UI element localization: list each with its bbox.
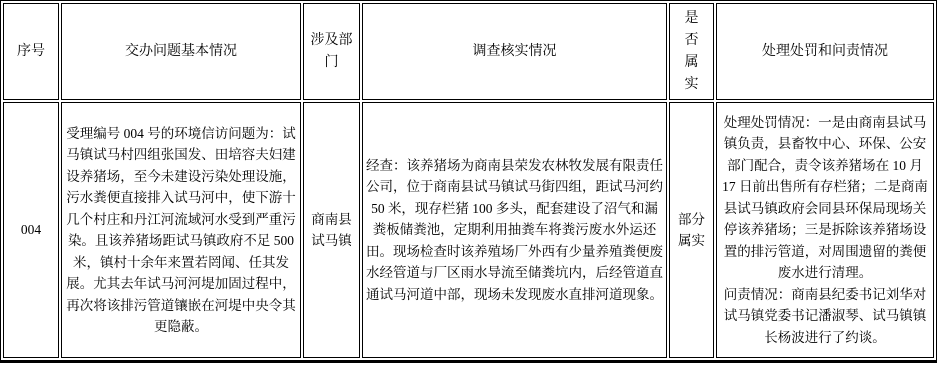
- header-verification: 调查核实情况: [362, 3, 667, 100]
- cell-istrue: 部分 属实: [669, 102, 714, 358]
- header-problem-label: 交办问题基本情况: [125, 44, 237, 59]
- punishment-paragraph: 处理处罚情况：一是由商南县试马镇负责，县畜牧中心、环保、公安部门配合，责令该养猪…: [719, 112, 931, 284]
- serial-number: 004: [21, 222, 41, 237]
- header-handling-label: 处理处罚和问责情况: [762, 44, 888, 59]
- accountability-paragraph: 问责情况：商南县纪委书记刘华对试马镇党委书记潘淑琴、试马镇镇长杨波进行了约谈。: [719, 284, 931, 349]
- header-istrue-line1: 是 否: [672, 8, 711, 52]
- table-row: 004 受理编号 004 号的环境信访问题为：试马镇试马村四组张国发、田培容夫妇…: [3, 102, 934, 358]
- cell-departments: 商南县试马镇: [303, 102, 360, 358]
- header-row: 序号 交办问题基本情况 涉及部门 调查核实情况 是 否 属 实: [3, 3, 934, 100]
- problem-paragraph: 受理编号 004 号的环境信访问题为：试马镇试马村四组张国发、田培容夫妇建设养猪…: [64, 123, 298, 338]
- istrue-line2: 属实: [672, 230, 711, 252]
- complaint-handling-table: 序号 交办问题基本情况 涉及部门 调查核实情况 是 否 属 实: [1, 1, 936, 360]
- header-departments-label: 涉及部门: [311, 33, 353, 70]
- cell-serial: 004: [3, 102, 59, 358]
- complaint-table-frame: 序号 交办问题基本情况 涉及部门 调查核实情况 是 否 属 实: [0, 0, 937, 363]
- header-problem: 交办问题基本情况: [61, 3, 301, 100]
- verification-paragraph: 经查：该养猪场为商南县荣发农林牧发展有限责任公司，位于商南县试马镇试马街四组，距…: [365, 155, 664, 306]
- document-page: 序号 交办问题基本情况 涉及部门 调查核实情况 是 否 属 实: [0, 0, 937, 368]
- departments-text: 商南县试马镇: [311, 212, 352, 249]
- header-istrue-line2: 属 实: [672, 52, 711, 96]
- cell-handling: 处理处罚情况：一是由商南县试马镇负责，县畜牧中心、环保、公安部门配合，责令该养猪…: [716, 102, 934, 358]
- header-handling: 处理处罚和问责情况: [716, 3, 934, 100]
- header-departments: 涉及部门: [303, 3, 360, 100]
- header-serial: 序号: [3, 3, 59, 100]
- cell-verification: 经查：该养猪场为商南县荣发农林牧发展有限责任公司，位于商南县试马镇试马街四组，距…: [362, 102, 667, 358]
- cell-problem: 受理编号 004 号的环境信访问题为：试马镇试马村四组张国发、田培容夫妇建设养猪…: [61, 102, 301, 358]
- header-istrue: 是 否 属 实: [669, 3, 714, 100]
- header-verification-label: 调查核实情况: [473, 44, 557, 59]
- istrue-line1: 部分: [672, 209, 711, 231]
- header-serial-label: 序号: [17, 44, 45, 59]
